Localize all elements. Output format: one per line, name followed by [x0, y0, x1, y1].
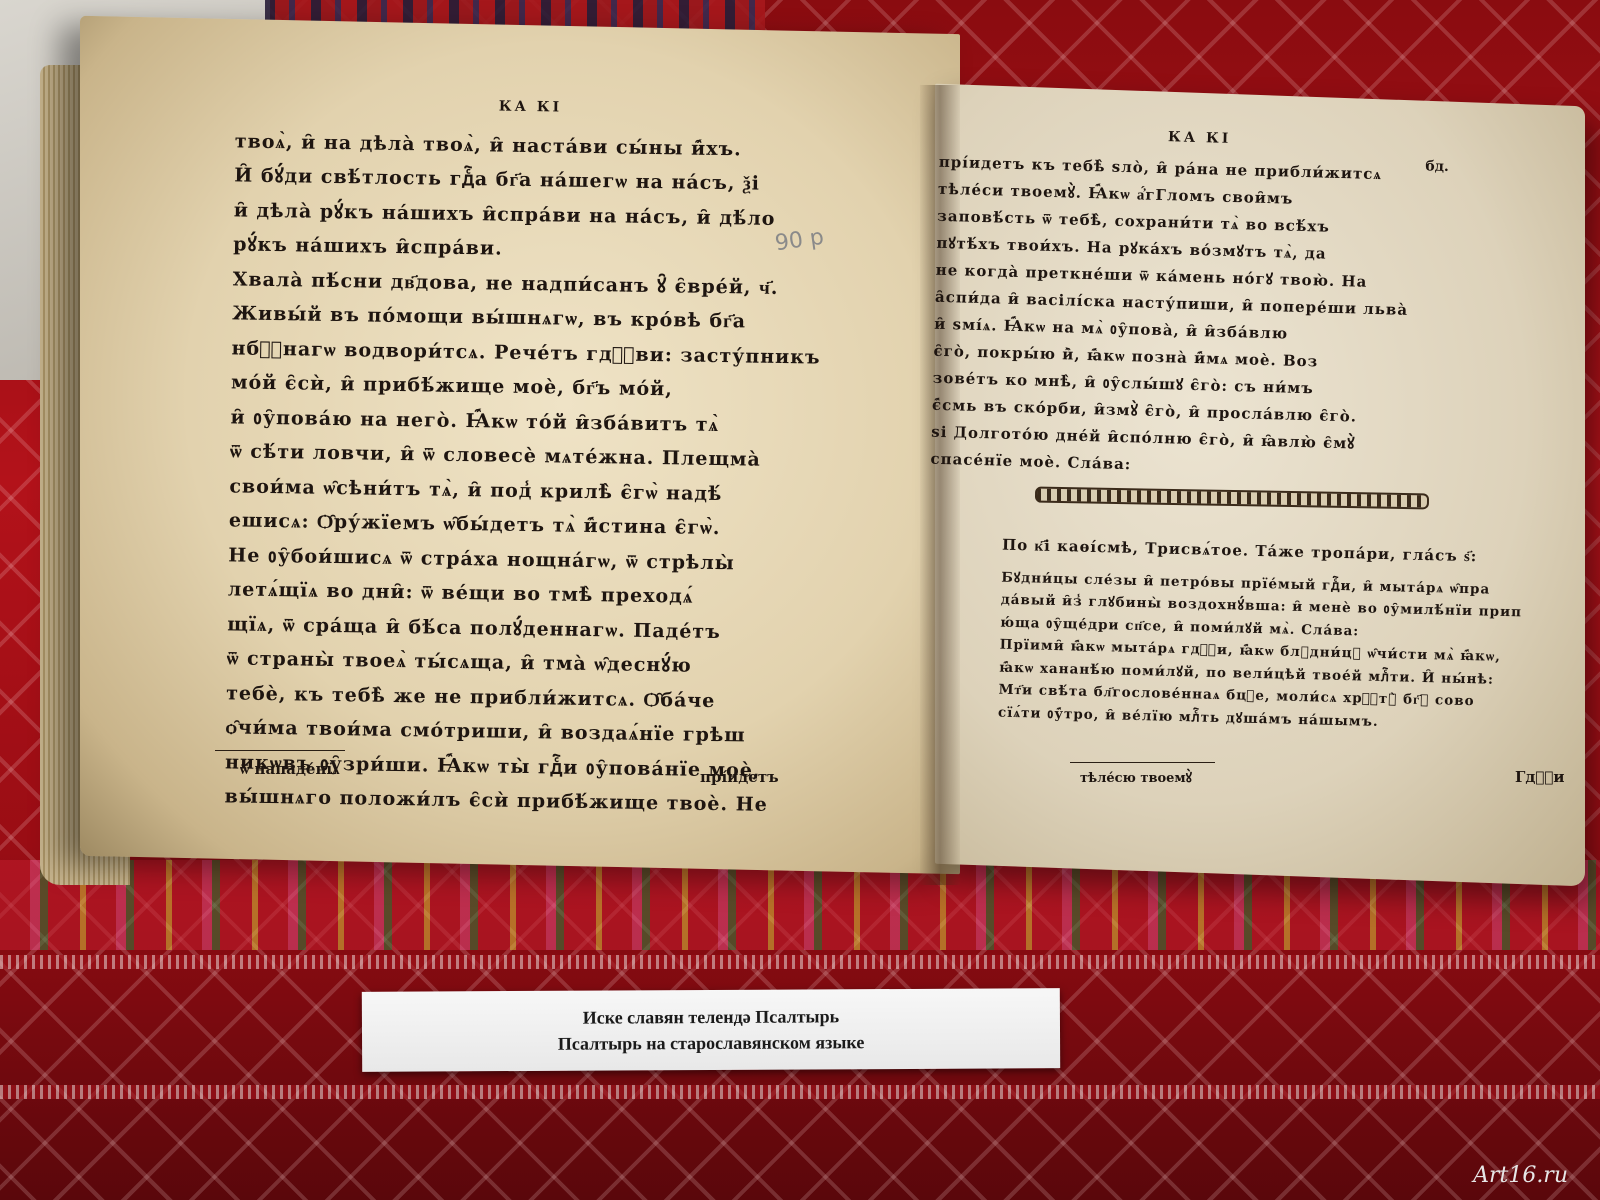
right-footnote: тѣле́сю твоемꙋ̀: [1080, 768, 1192, 786]
troparia-block: По к҃і каѳі́смѣ, Трисвѧ́тое. Та́же тропа…: [998, 534, 1522, 737]
footnote-rule: [215, 750, 345, 751]
right-catchword: Гдⷭ҇и: [1515, 768, 1564, 786]
folio-number: бд.: [1425, 153, 1449, 181]
cloth-stripe: [0, 955, 1600, 969]
watermark: Art16.ru: [1473, 1163, 1568, 1188]
label-tatar: Иске славян телендә Псалтырь: [583, 1003, 839, 1030]
right-page-text: КА КІ бд. прі́идетъ къ тебѣ̀ ѕло̀, и̑ ра…: [930, 118, 1460, 487]
exhibit-label: Иске славян телендә Псалтырь Псалтырь на…: [362, 988, 1060, 1072]
left-footnote: ѿ нападе́нїѧ: [240, 760, 340, 779]
label-russian: Псалтырь на старославянском языке: [558, 1029, 865, 1057]
cloth-stripe: [0, 1085, 1600, 1099]
left-page-text: КА КІ твоѧ̀, и̑ на дѣла̀ твоѧ̀, и̑ наста…: [224, 85, 825, 823]
left-catchword: прі́идетъ: [700, 768, 779, 786]
footnote-rule: [1070, 762, 1215, 763]
